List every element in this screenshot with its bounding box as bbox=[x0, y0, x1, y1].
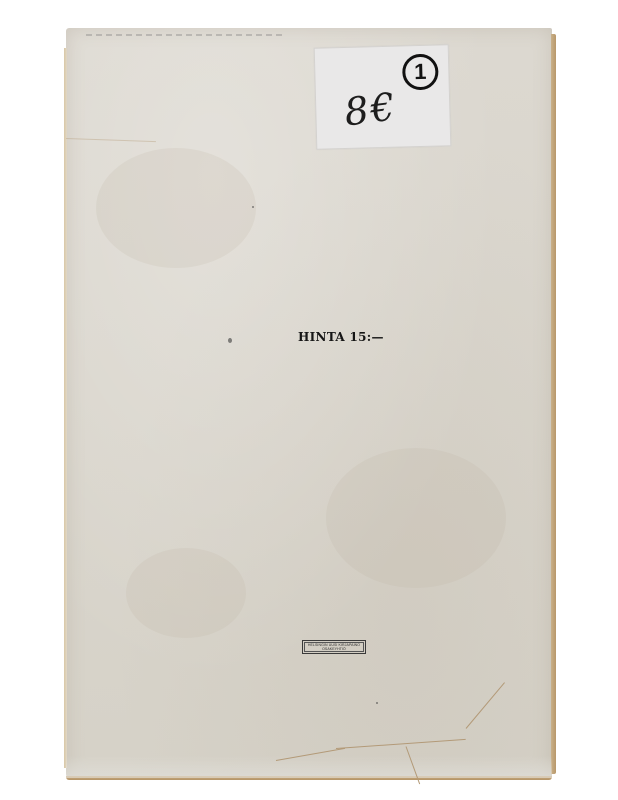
ink-spot bbox=[252, 206, 254, 208]
cover-right-edge bbox=[551, 34, 556, 774]
lot-number-circle: 1 bbox=[402, 54, 439, 91]
cover-bottom-wear bbox=[66, 756, 552, 778]
ink-spot bbox=[376, 702, 378, 704]
book-back-cover: 1 8€ HINTA 15:— HELSINGIN UUSI KIRJAPAIN… bbox=[66, 28, 552, 778]
crack bbox=[466, 682, 505, 729]
ink-spot bbox=[228, 338, 232, 343]
stain bbox=[326, 448, 506, 588]
faint-pencil-marks bbox=[86, 34, 286, 36]
price-sticker: 1 8€ bbox=[314, 44, 452, 149]
stain bbox=[96, 148, 256, 268]
handwritten-price: 8€ bbox=[342, 84, 400, 134]
crease bbox=[66, 138, 156, 142]
crack bbox=[336, 739, 466, 749]
stain bbox=[126, 548, 246, 638]
photo-stage: 1 8€ HINTA 15:— HELSINGIN UUSI KIRJAPAIN… bbox=[0, 0, 618, 800]
printer-imprint-frame: HELSINGIN UUSI KIRJAPAINO OSAKEYHTIÖ bbox=[304, 642, 364, 652]
printed-price: HINTA 15:— bbox=[298, 330, 384, 344]
cover-left-edge bbox=[64, 48, 67, 768]
printer-imprint-label: HELSINGIN UUSI KIRJAPAINO OSAKEYHTIÖ bbox=[302, 640, 366, 654]
printer-company: OSAKEYHTIÖ bbox=[322, 647, 346, 651]
